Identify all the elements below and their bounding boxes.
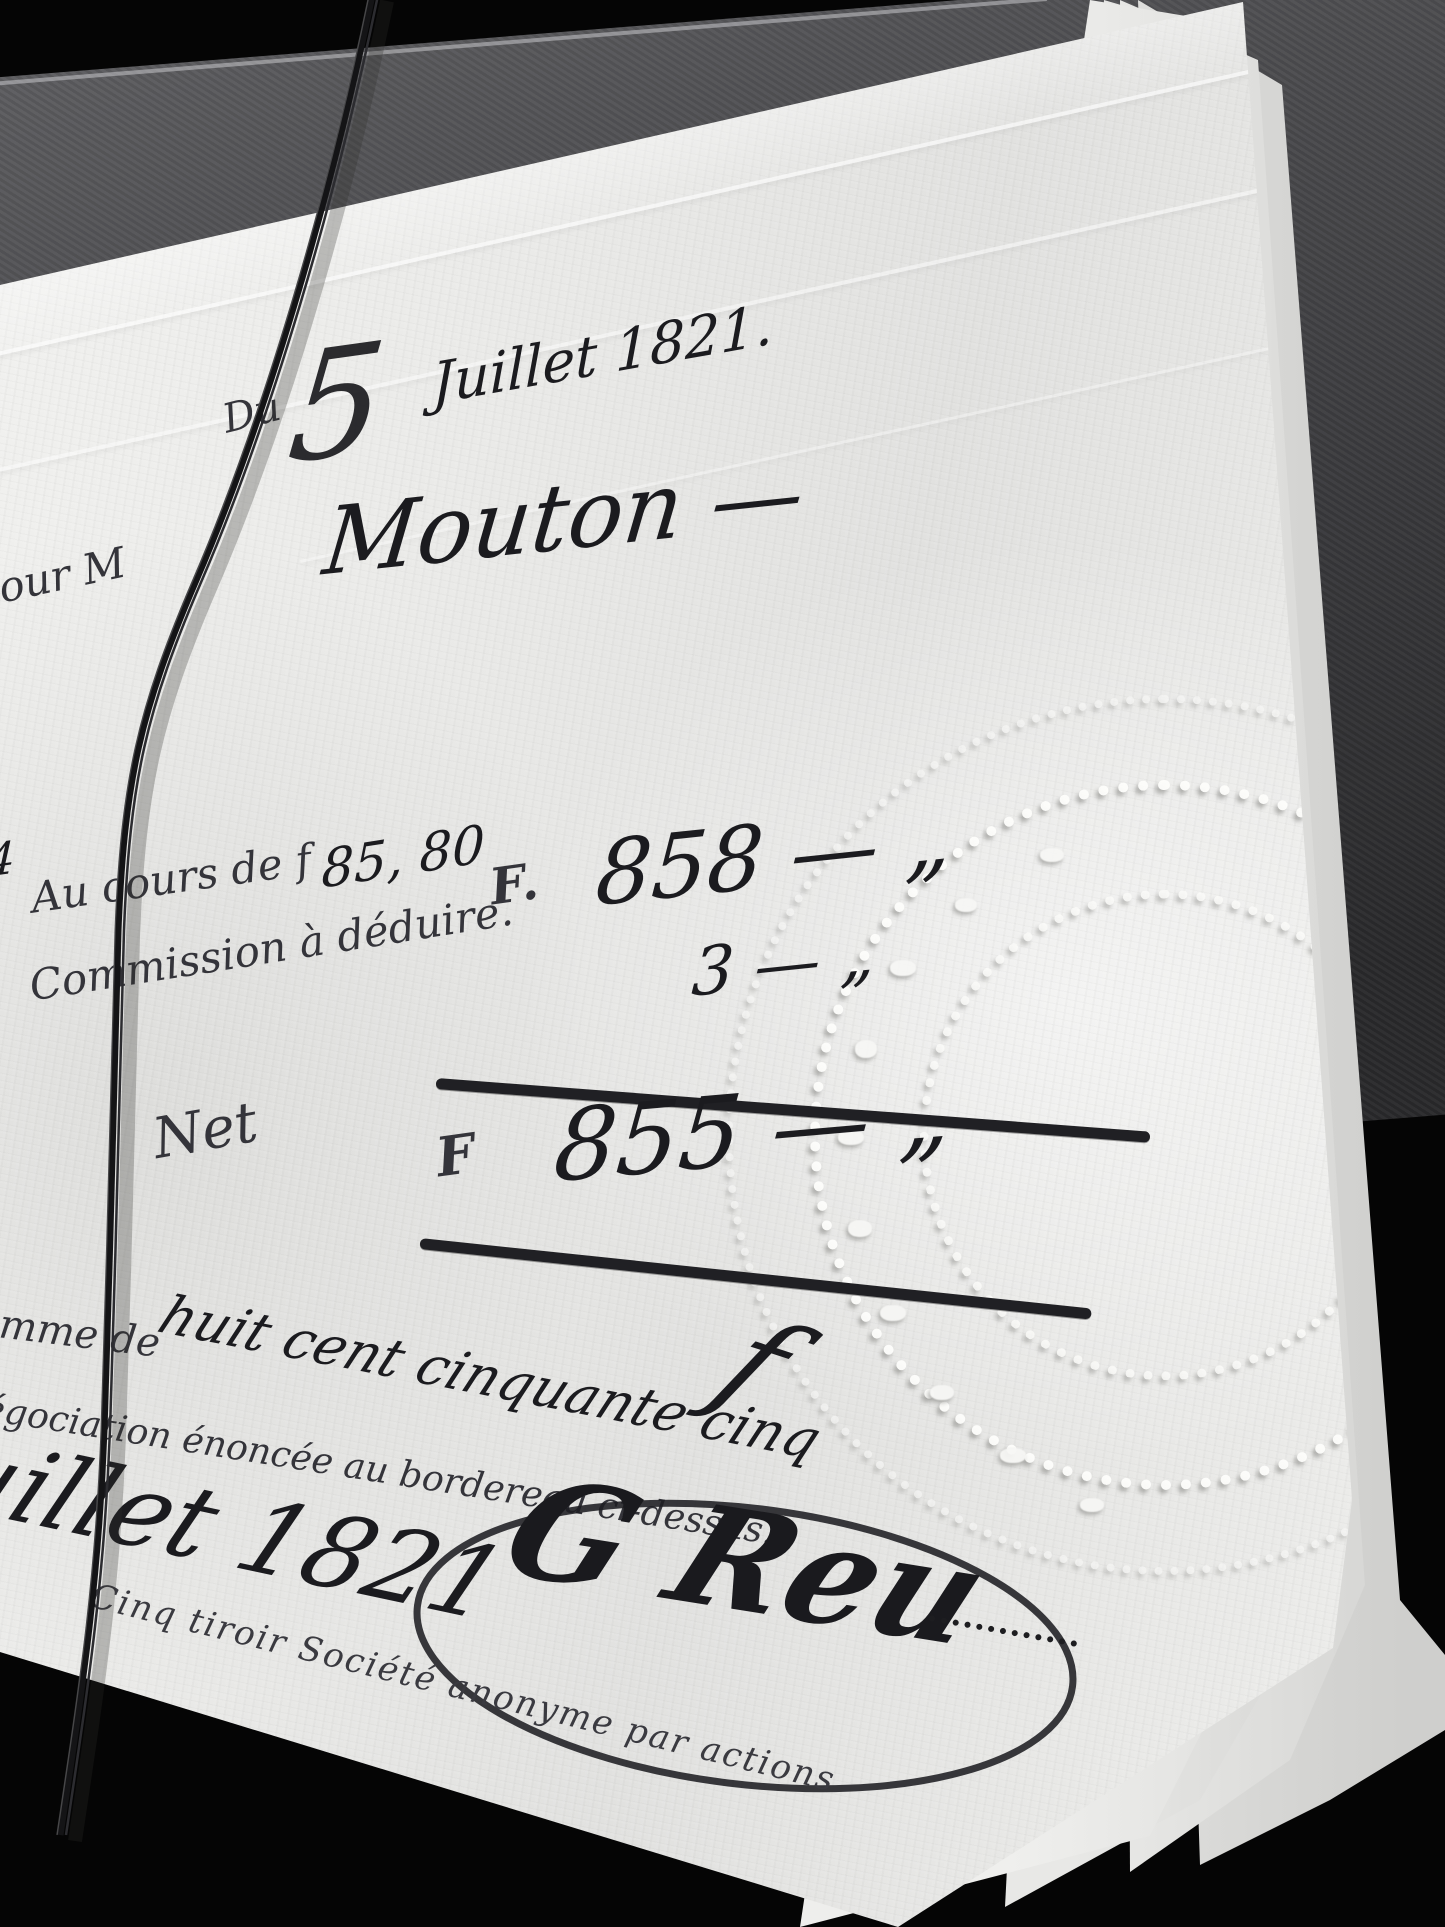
twine-string	[0, 0, 1445, 1927]
photo-scene: Du 5 Juillet 1821. Pour M Mouton — 4 Au …	[0, 0, 1445, 1927]
